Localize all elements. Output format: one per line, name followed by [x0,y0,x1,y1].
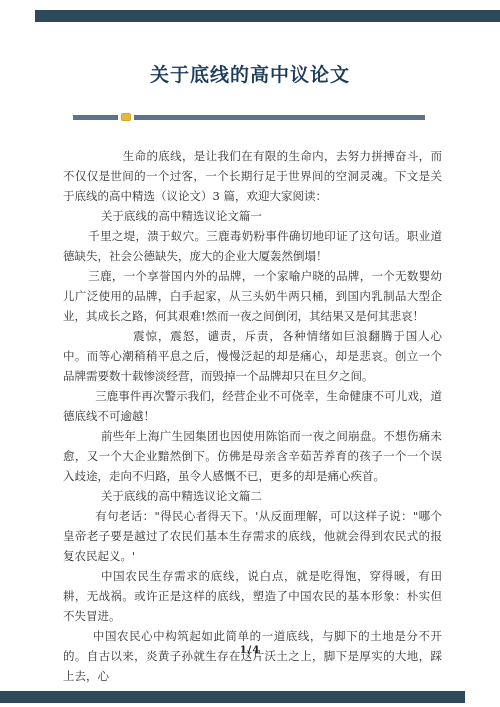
paragraph-9: 中国农民生存需求的底线，说白点，就是吃得饱，穿得暖，有田耕，无战祸。或许正是这样… [63,566,442,626]
paragraph-3: 三鹿，一个享誉国内外的品牌，一个家喻户晓的品牌，一个无数婴幼儿广泛使用的品牌，白… [63,266,442,326]
paragraph-6: 前些年上海广生园集团也因使用陈馅而一夜之间崩盘。不想伤痛未愈，又一个大企业黯然倒… [63,426,442,486]
section-heading-2: 关于底线的高中精选议论文篇二 [63,486,442,506]
title-divider [73,112,425,122]
page-number: 1/4 [0,645,500,656]
paragraph-2: 千里之堤，溃于蚁穴。三鹿毒奶粉事件确切地印证了这句话。职业道德缺失，社会公德缺失… [63,226,442,266]
paragraph-intro: 生命的底线，是让我们在有限的生命内，去努力拼搏奋斗，而不仅仅是世间的一个过客，一… [63,146,442,206]
paragraph-10: 中国农民心中构筑起如此简单的一道底线，与脚下的土地是分不开的。自古以来，炎黄子孙… [63,626,442,686]
section-heading-1: 关于底线的高中精选议论文篇一 [63,206,442,226]
page-title: 关于底线的高中议论文 [0,60,500,87]
paragraph-5: 三鹿事件再次警示我们，经营企业不可侥幸，生命健康不可儿戏，道德底线不可逾越！ [63,386,442,426]
divider-right-segment [134,115,425,120]
paragraph-4: 震惊，震怒，谴责，斥责，各种情绪如巨浪翻腾于国人心中。而等心潮稍稍平息之后，慢慢… [63,326,442,386]
top-decoration-bar [35,10,500,22]
paragraph-8: 有句老话："得民心者得天下。'从反面理解，可以这样子说："哪个皇帝老子要是越过了… [63,506,442,566]
divider-yellow-marker [121,113,131,121]
document-page: 关于底线的高中议论文 生命的底线，是让我们在有限的生命内，去努力拼搏奋斗，而不仅… [0,0,500,707]
divider-left-segment [73,115,118,120]
bottom-decoration-bar [0,691,465,703]
essay-body: 生命的底线，是让我们在有限的生命内，去努力拼搏奋斗，而不仅仅是世间的一个过客，一… [63,146,442,686]
